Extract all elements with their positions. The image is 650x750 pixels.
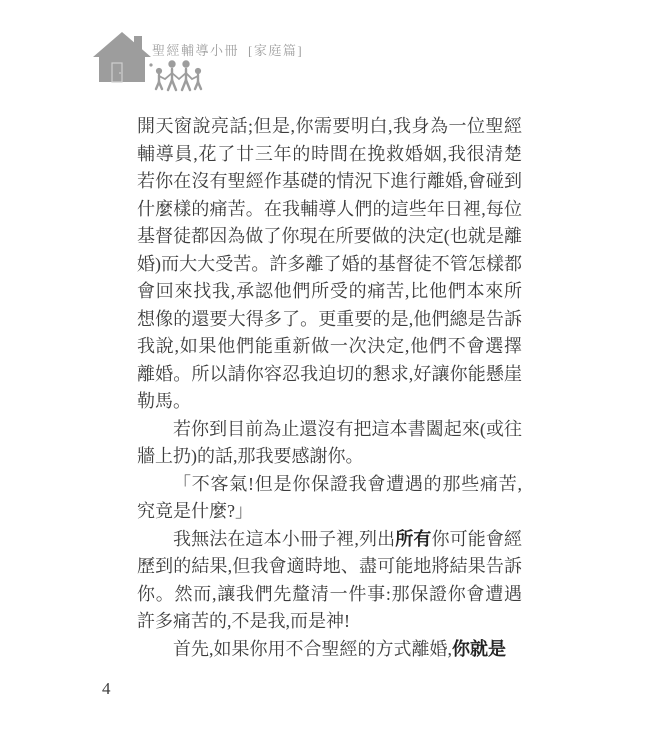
paragraph-text: 開天窗說亮話;但是,你需要明白,我身為一位聖經輔導員,花了廿三年的時間在挽救婚姻… (137, 116, 522, 411)
roof-shape (93, 32, 151, 57)
book-page: 聖經輔導小冊[家庭篇] 開天窗說亮話;但是,你需要明白,我身為一位聖經輔導員,花… (0, 0, 650, 750)
paragraph-text: 若你到目前為止還沒有把這本書闔起來(或往牆上扔)的話,那我要感謝你。 (137, 419, 522, 467)
bird-dot (149, 63, 152, 66)
paragraph-text: 首先,如果你用不合聖經的方式離婚, (173, 639, 452, 659)
edition-label: [家庭篇] (248, 43, 303, 58)
emphasized-text: 所有 (395, 529, 431, 549)
paragraph-text: 我無法在這本小冊子裡,列出 (173, 529, 395, 549)
page-number: 4 (102, 679, 111, 699)
paragraph: 開天窗說亮話;但是,你需要明白,我身為一位聖經輔導員,花了廿三年的時間在挽救婚姻… (137, 113, 522, 416)
door-knob (119, 72, 121, 74)
paragraph: 若你到目前為止還沒有把這本書闔起來(或往牆上扔)的話,那我要感謝你。 (137, 416, 522, 471)
family-figures (156, 60, 201, 90)
paragraph: 我無法在這本小冊子裡,列出所有你可能會經歷到的結果,但我會適時地、盡可能地將結果… (137, 526, 522, 636)
paragraph: 「不客氣!但是你保證我會遭遇的那些痛苦,究竟是什麼?」 (137, 471, 522, 526)
series-title: 聖經輔導小冊 (152, 43, 239, 58)
emphasized-text: 你就是 (452, 639, 506, 659)
header-caption: 聖經輔導小冊[家庭篇] (152, 40, 303, 59)
body-text: 開天窗說亮話;但是,你需要明白,我身為一位聖經輔導員,花了廿三年的時間在挽救婚姻… (137, 113, 522, 663)
paragraph-text: 「不客氣!但是你保證我會遭遇的那些痛苦,究竟是什麼?」 (137, 474, 522, 522)
paragraph: 首先,如果你用不合聖經的方式離婚,你就是 (137, 636, 522, 664)
